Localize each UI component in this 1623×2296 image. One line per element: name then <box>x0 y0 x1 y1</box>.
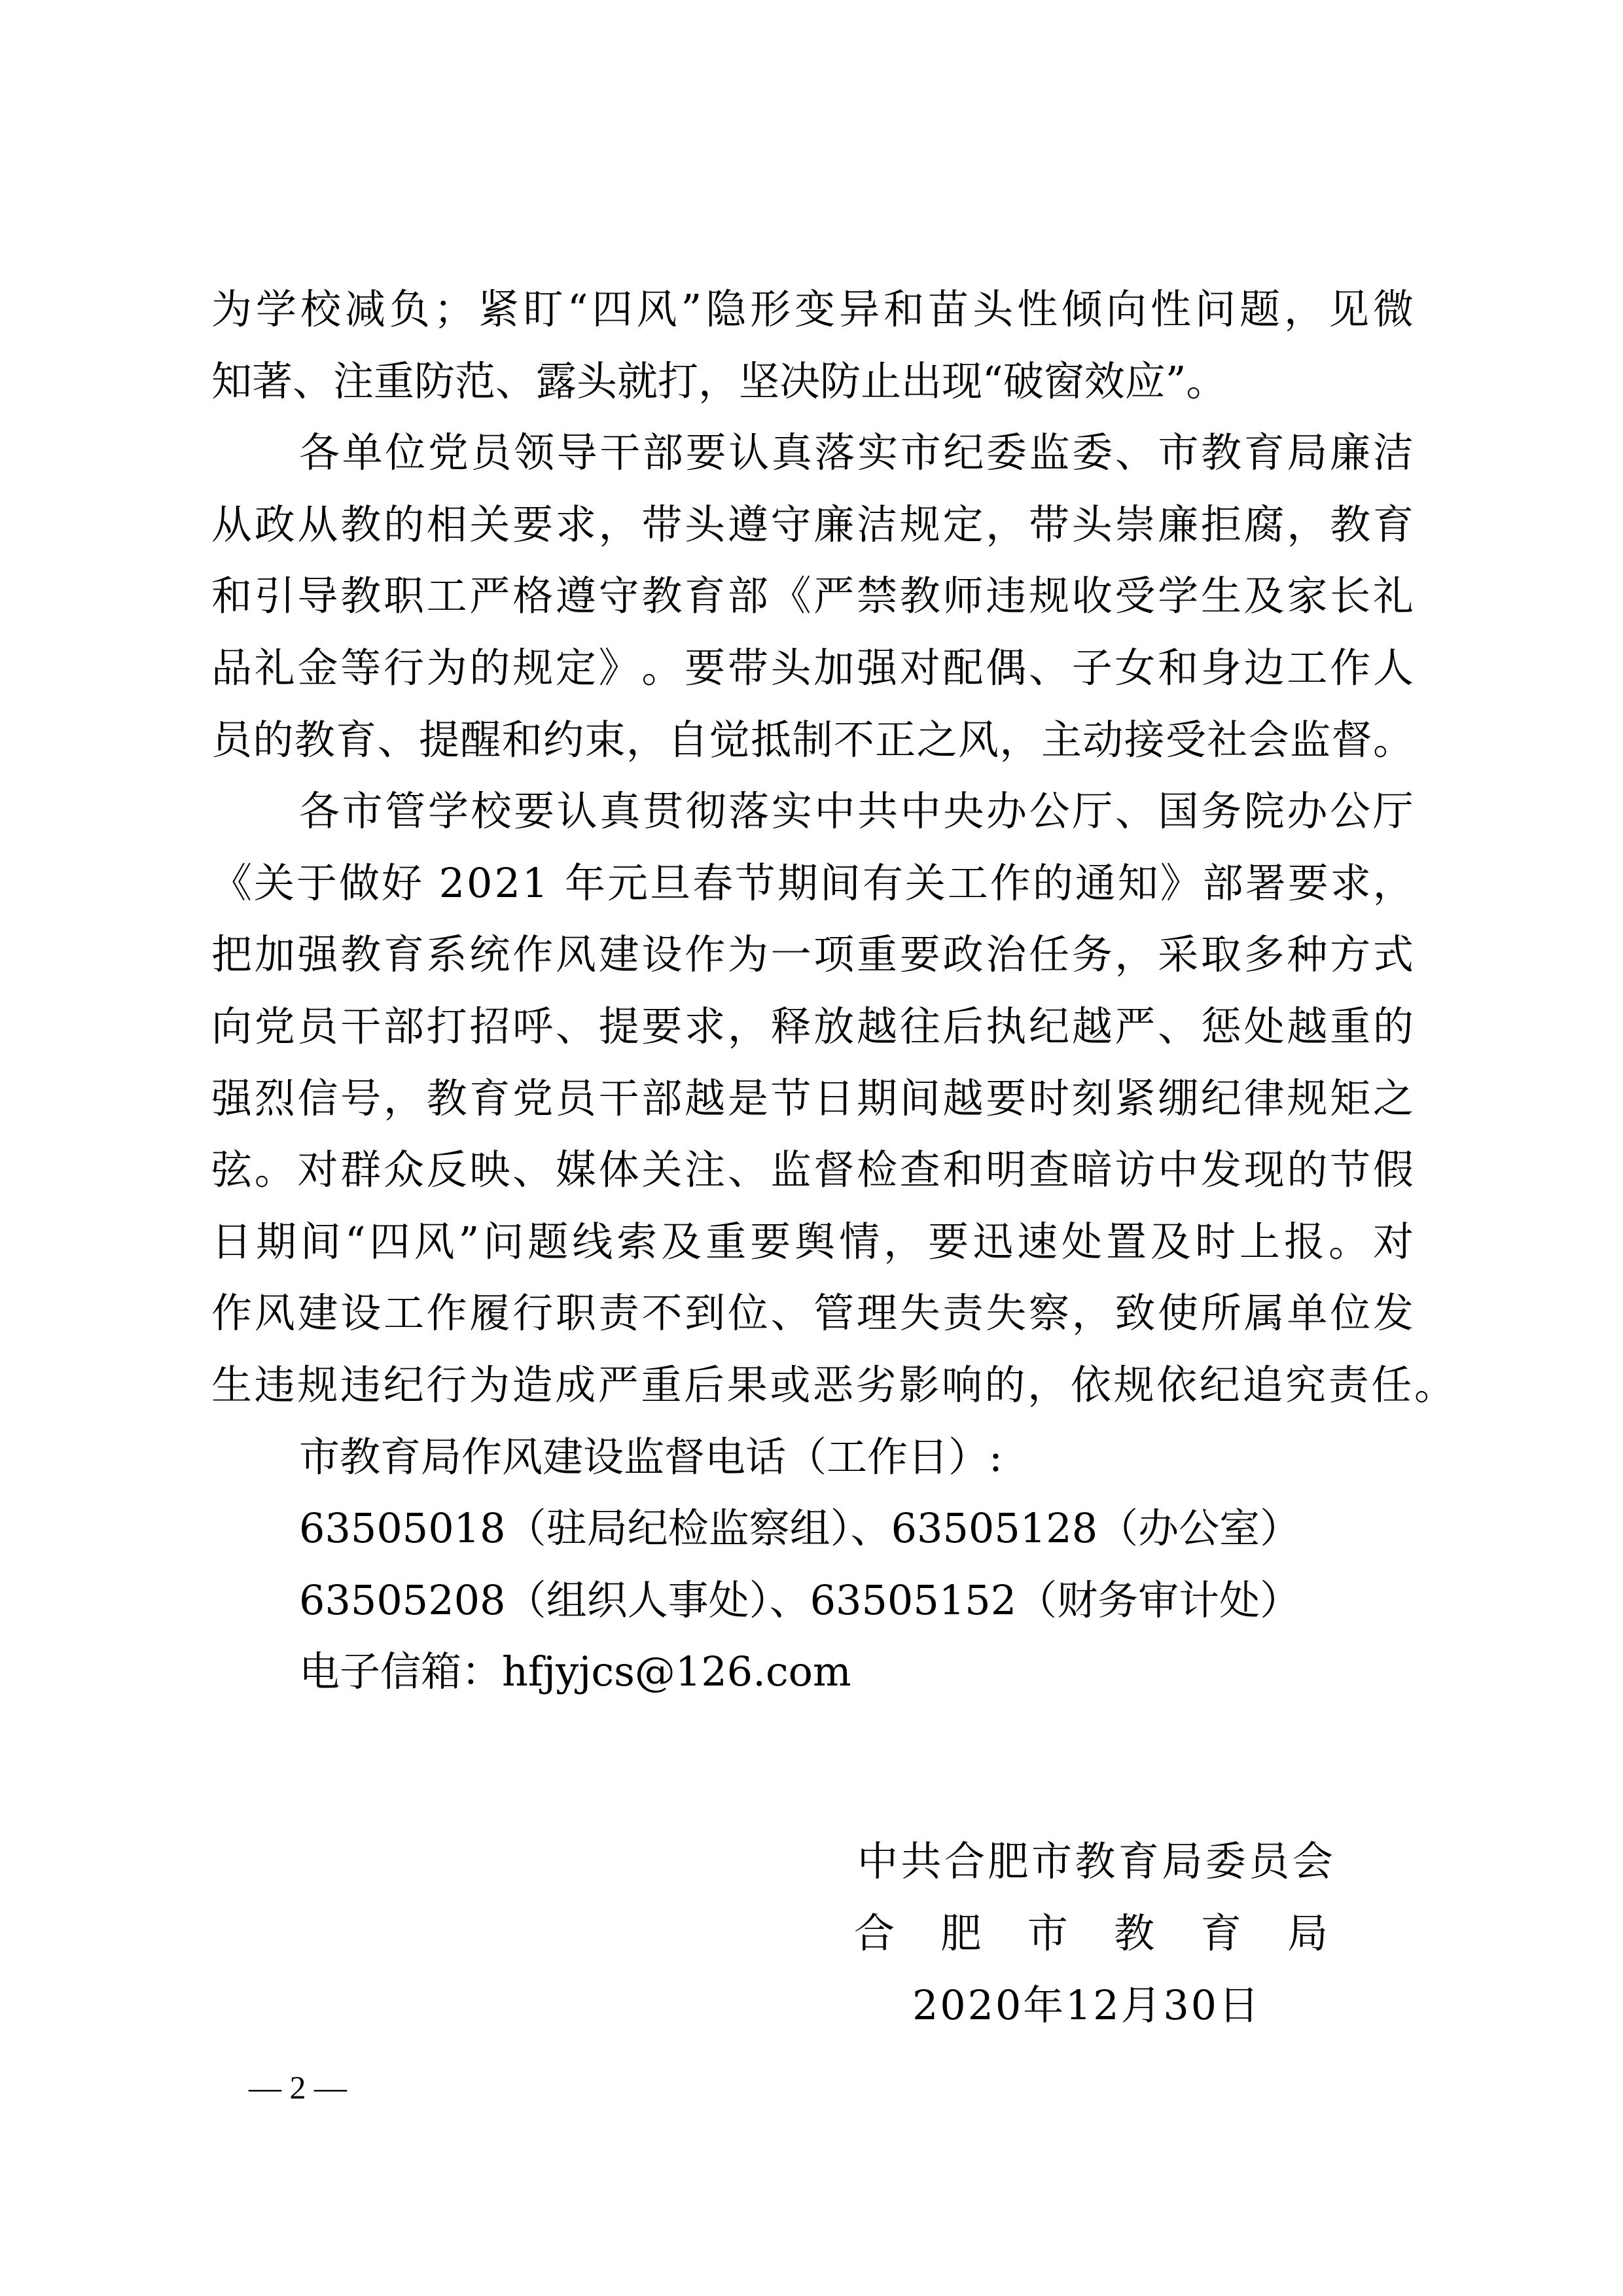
contact-heading: 市教育局作风建设监督电话（工作日）: <box>299 1421 1414 1493</box>
signature-org-education-bureau: 合肥市教育局 <box>854 1898 1328 1969</box>
body-line: 为学校减负；紧盯“四风”隐形变异和苗头性倾向性问题，见微 <box>211 274 1414 345</box>
body-line: 知著、注重防范、露头就打，坚决防止出现“破窗效应”。 <box>211 345 1414 417</box>
signature-date: 2020年12月30日 <box>912 1969 1259 2041</box>
contact-phones-line-1: 63505018（驻局纪检监察组）、63505128（办公室） <box>299 1492 1414 1564</box>
paragraph-start-line: 各单位党员领导干部要认真落实市纪委监委、市教育局廉洁 <box>299 417 1414 489</box>
body-line: 弦。对群众反映、媒体关注、监督检查和明查暗访中发现的节假 <box>211 1134 1414 1206</box>
page-number: — 2 — <box>249 2068 360 2107</box>
body-line: 把加强教育系统作风建设作为一项重要政治任务，采取多种方式 <box>211 919 1414 991</box>
signature-org-party-committee: 中共合肥市教育局委员会 <box>857 1826 1333 1898</box>
body-line: 日期间“四风”问题线索及重要舆情，要迅速处置及时上报。对 <box>211 1206 1414 1278</box>
body-line: 强烈信号，教育党员干部越是节日期间越要时刻紧绷纪律规矩之 <box>211 1063 1414 1135</box>
body-line: 向党员干部打招呼、提要求，释放越往后执纪越严、惩处越重的 <box>211 991 1414 1063</box>
body-line: 和引导教职工严格遵守教育部《严禁教师违规收受学生及家长礼 <box>211 560 1414 632</box>
contact-phones-line-2: 63505208（组织人事处）、63505152（财务审计处） <box>299 1564 1414 1636</box>
body-line: 员的教育、提醒和约束，自觉抵制不正之风，主动接受社会监督。 <box>211 704 1414 776</box>
body-line: 品礼金等行为的规定》。要带头加强对配偶、子女和身边工作人 <box>211 632 1414 704</box>
body-line: 作风建设工作履行职责不到位、管理失责失察，致使所属单位发 <box>211 1277 1414 1349</box>
body-line: 从政从教的相关要求，带头遵守廉洁规定，带头崇廉拒腐，教育 <box>211 489 1414 561</box>
paragraph-start-line: 各市管学校要认真贯彻落实中共中央办公厅、国务院办公厅 <box>299 775 1414 847</box>
document-page: 为学校减负；紧盯“四风”隐形变异和苗头性倾向性问题，见微 知著、注重防范、露头就… <box>0 0 1623 2296</box>
contact-email: 电子信箱：hfjyjcs@126.com <box>299 1636 1414 1708</box>
body-line: 生违规违纪行为造成严重后果或恶劣影响的，依规依纪追究责任。 <box>211 1349 1455 1421</box>
body-line: 《关于做好 2021 年元旦春节期间有关工作的通知》部署要求， <box>211 847 1414 919</box>
